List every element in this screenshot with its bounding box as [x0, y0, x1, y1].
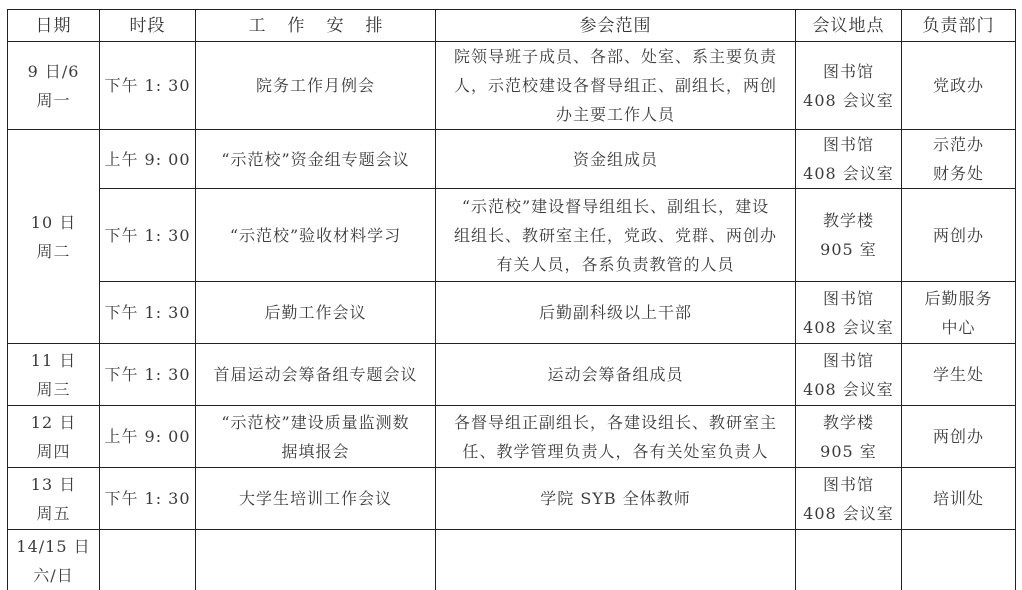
- scope-cell: 各督导组正副组长，各建设组长、教研室主 任、教学管理负责人，各有关处室负责人: [436, 406, 796, 468]
- date-day: 10 日: [12, 208, 95, 237]
- scope-line: “示范校”建设督导组组长、副组长，建设: [440, 192, 791, 221]
- date-cell: 12 日 周四: [8, 406, 100, 468]
- location-room: 905 室: [800, 235, 897, 264]
- time-cell: 下午 1: 30: [100, 468, 196, 530]
- department-name: 中心: [906, 313, 1011, 342]
- location-cell: 图书馆 408 会议室: [796, 468, 902, 530]
- location-building: 图书馆: [800, 470, 897, 499]
- header-scope: 参会范围: [436, 10, 796, 42]
- work-title: “示范校”建设质量监测数: [200, 408, 431, 437]
- location-room: 408 会议室: [800, 313, 897, 342]
- work-cell: 院务工作月例会: [196, 42, 436, 130]
- work-title: “示范校”资金组专题会议: [200, 145, 431, 174]
- date-cell: 10 日 周二: [8, 130, 100, 344]
- work-title: 首届运动会筹备组专题会议: [200, 360, 431, 389]
- location-building: 教学楼: [800, 408, 897, 437]
- table-row: 9 日/6 周一 下午 1: 30 院务工作月例会 院领导班子成员、各部、处室、…: [8, 42, 1016, 130]
- work-cell: “示范校”验收材料学习: [196, 189, 436, 282]
- location-building: 图书馆: [800, 284, 897, 313]
- department-name: 两创办: [906, 221, 1011, 250]
- date-day: 9 日/6: [12, 57, 95, 86]
- date-cell: 9 日/6 周一: [8, 42, 100, 130]
- location-cell: 图书馆 408 会议室: [796, 42, 902, 130]
- department-cell: 两创办: [902, 189, 1016, 282]
- date-weekday: 周四: [12, 437, 95, 466]
- header-work: 工作安排: [196, 10, 436, 42]
- work-title: 院务工作月例会: [200, 71, 431, 100]
- location-cell: 教学楼 905 室: [796, 406, 902, 468]
- time-cell: [100, 530, 196, 590]
- work-title: 后勤工作会议: [200, 298, 431, 327]
- header-department: 负责部门: [902, 10, 1016, 42]
- header-row: 日期 时段 工作安排 参会范围 会议地点 负责部门: [8, 10, 1016, 42]
- location-cell: 图书馆 408 会议室: [796, 344, 902, 406]
- table-row: 下午 1: 30 后勤工作会议 后勤副科级以上干部 图书馆 408 会议室 后勤…: [8, 282, 1016, 344]
- time-cell: 下午 1: 30: [100, 42, 196, 130]
- location-building: 图书馆: [800, 346, 897, 375]
- scope-line: 组组长、教研室主任，党政、党群、两创办: [440, 221, 791, 250]
- work-cell: 后勤工作会议: [196, 282, 436, 344]
- scope-cell: 资金组成员: [436, 130, 796, 189]
- table-row: 下午 1: 30 “示范校”验收材料学习 “示范校”建设督导组组长、副组长，建设…: [8, 189, 1016, 282]
- time-cell: 上午 9: 00: [100, 130, 196, 189]
- date-cell: 11 日 周三: [8, 344, 100, 406]
- department-cell: 两创办: [902, 406, 1016, 468]
- date-cell: 14/15 日 六/日: [8, 530, 100, 590]
- location-cell: [796, 530, 902, 590]
- scope-cell: “示范校”建设督导组组长、副组长，建设 组组长、教研室主任，党政、党群、两创办 …: [436, 189, 796, 282]
- department-name: 培训处: [906, 484, 1011, 513]
- scope-line: 后勤副科级以上干部: [440, 298, 791, 327]
- department-cell: 示范办 财务处: [902, 130, 1016, 189]
- date-day: 13 日: [12, 470, 95, 499]
- scope-cell: 后勤副科级以上干部: [436, 282, 796, 344]
- department-name: 财务处: [906, 159, 1011, 188]
- scope-line: 资金组成员: [440, 145, 791, 174]
- date-weekday: 周五: [12, 499, 95, 528]
- date-day: 14/15 日: [12, 532, 95, 561]
- department-cell: [902, 530, 1016, 590]
- scope-line: 办主要工作人员: [440, 100, 791, 129]
- location-cell: 图书馆 408 会议室: [796, 130, 902, 189]
- department-name: 示范办: [906, 130, 1011, 159]
- time-cell: 下午 1: 30: [100, 189, 196, 282]
- location-room: 408 会议室: [800, 86, 897, 115]
- date-weekday: 六/日: [12, 561, 95, 590]
- location-cell: 教学楼 905 室: [796, 189, 902, 282]
- table-row: 11 日 周三 下午 1: 30 首届运动会筹备组专题会议 运动会筹备组成员 图…: [8, 344, 1016, 406]
- department-name: 党政办: [906, 71, 1011, 100]
- header-work-label: 工作安排: [227, 16, 405, 36]
- date-cell: 13 日 周五: [8, 468, 100, 530]
- scope-line: 学院 SYB 全体教师: [440, 484, 791, 513]
- location-cell: 图书馆 408 会议室: [796, 282, 902, 344]
- department-cell: 培训处: [902, 468, 1016, 530]
- work-cell: 大学生培训工作会议: [196, 468, 436, 530]
- header-time: 时段: [100, 10, 196, 42]
- date-weekday: 周一: [12, 86, 95, 115]
- date-day: 12 日: [12, 408, 95, 437]
- header-date: 日期: [8, 10, 100, 42]
- scope-line: 任、教学管理负责人，各有关处室负责人: [440, 437, 791, 466]
- scope-cell: 学院 SYB 全体教师: [436, 468, 796, 530]
- scope-line: 人，示范校建设各督导组正、副组长，两创: [440, 71, 791, 100]
- work-cell: “示范校”资金组专题会议: [196, 130, 436, 189]
- location-building: 图书馆: [800, 57, 897, 86]
- date-weekday: 周三: [12, 375, 95, 404]
- location-room: 408 会议室: [800, 375, 897, 404]
- location-building: 教学楼: [800, 206, 897, 235]
- department-cell: 党政办: [902, 42, 1016, 130]
- location-room: 408 会议室: [800, 499, 897, 528]
- table-row: 10 日 周二 上午 9: 00 “示范校”资金组专题会议 资金组成员 图书馆 …: [8, 130, 1016, 189]
- department-name: 后勤服务: [906, 284, 1011, 313]
- department-cell: 后勤服务 中心: [902, 282, 1016, 344]
- department-cell: 学生处: [902, 344, 1016, 406]
- scope-line: 各督导组正副组长，各建设组长、教研室主: [440, 408, 791, 437]
- scope-line: 有关人员，各系负责教管的人员: [440, 250, 791, 279]
- work-title: “示范校”验收材料学习: [200, 221, 431, 250]
- time-cell: 下午 1: 30: [100, 344, 196, 406]
- table-row: 13 日 周五 下午 1: 30 大学生培训工作会议 学院 SYB 全体教师 图…: [8, 468, 1016, 530]
- time-cell: 上午 9: 00: [100, 406, 196, 468]
- scope-cell: [436, 530, 796, 590]
- scope-cell: 运动会筹备组成员: [436, 344, 796, 406]
- department-name: 学生处: [906, 360, 1011, 389]
- table-row: 12 日 周四 上午 9: 00 “示范校”建设质量监测数 据填报会 各督导组正…: [8, 406, 1016, 468]
- location-room: 905 室: [800, 437, 897, 466]
- work-title: 大学生培训工作会议: [200, 484, 431, 513]
- time-cell: 下午 1: 30: [100, 282, 196, 344]
- scope-line: 运动会筹备组成员: [440, 360, 791, 389]
- table-row: 14/15 日 六/日: [8, 530, 1016, 590]
- schedule-table: 日期 时段 工作安排 参会范围 会议地点 负责部门 9 日/6 周一 下午 1:…: [7, 9, 1016, 590]
- location-room: 408 会议室: [800, 159, 897, 188]
- date-weekday: 周二: [12, 237, 95, 266]
- scope-cell: 院领导班子成员、各部、处室、系主要负责 人，示范校建设各督导组正、副组长，两创 …: [436, 42, 796, 130]
- location-building: 图书馆: [800, 130, 897, 159]
- department-name: 两创办: [906, 422, 1011, 451]
- work-cell: 首届运动会筹备组专题会议: [196, 344, 436, 406]
- date-day: 11 日: [12, 346, 95, 375]
- work-title: 据填报会: [200, 437, 431, 466]
- header-location: 会议地点: [796, 10, 902, 42]
- work-cell: “示范校”建设质量监测数 据填报会: [196, 406, 436, 468]
- scope-line: 院领导班子成员、各部、处室、系主要负责: [440, 42, 791, 71]
- work-cell: [196, 530, 436, 590]
